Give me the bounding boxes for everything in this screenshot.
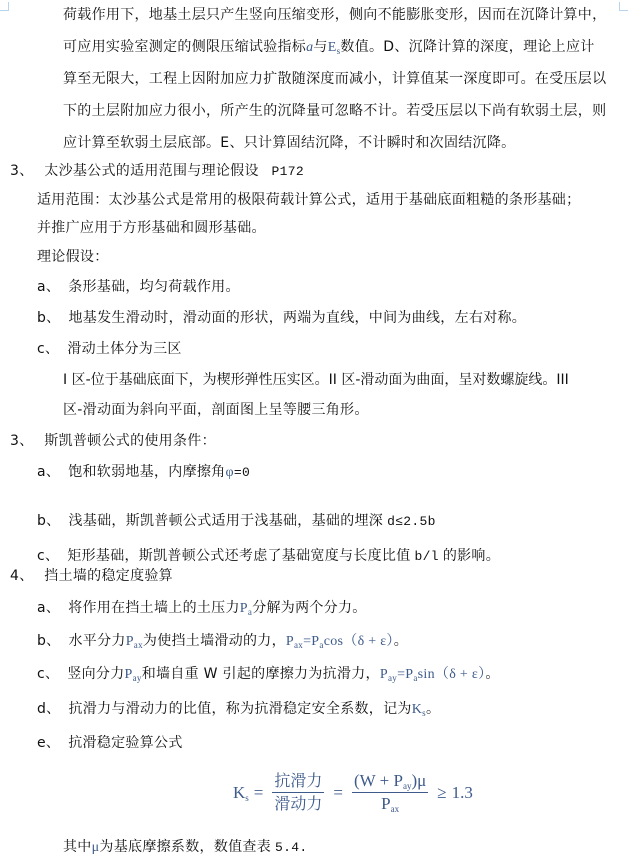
section-number: 3、 <box>10 433 34 449</box>
skempton-item-c: c、矩形基础，斯凯普顿公式还考虑了基础宽度与长度比值b/l的影响。 <box>37 547 500 566</box>
formula-bound: 1.3 <box>452 783 473 803</box>
symbol-Es: Es <box>328 40 341 55</box>
assumption-label: 理论假设： <box>37 248 109 266</box>
section-3a-heading: 3、 太沙基公式的适用范围与理论假设 P172 <box>10 162 304 181</box>
corner-marker-right <box>619 2 628 11</box>
intro-line-5: 应计算至软弱土层底部。E、只计算固结沉降，不计瞬时和次固结沉降。 <box>63 134 515 152</box>
symbol-Pay: Pay <box>125 667 142 682</box>
wall-item-a: a、将作用在挡土墙上的土压力Pa分解为两个分力。 <box>37 599 367 618</box>
assumption-item-c: c、滑动土体分为三区 <box>37 340 182 358</box>
scope-line-1: 适用范围：太沙基公式是常用的极限荷载计算公式，适用于基础底面粗糙的条形基础； <box>37 191 580 209</box>
wall-item-b: b、水平分力Pax为使挡土墙滑动的力，Pax=Pacos（δ + ε）。 <box>37 632 408 651</box>
intro-line-2: 可应用实验室测定的侧限压缩试验指标a与Es数值。D、沉降计算的深度，理论上应计 <box>63 38 595 57</box>
symbol-Pax: Pax <box>126 634 143 649</box>
assumption-item-a: a、条形基础，均匀荷载作用。 <box>37 278 240 296</box>
stability-formula: Ks = 抗滑力 滑动力 = (W + Pay)μ Pax ≥ 1.3 <box>233 770 473 815</box>
section-4-heading: 4、 挡土墙的稳定度验算 <box>10 567 173 585</box>
relation-sign: ≥ <box>437 783 446 803</box>
corner-marker-left <box>0 2 9 11</box>
wall-item-d: d、抗滑力与滑动力的比值，称为抗滑稳定安全系数，记为Ks。 <box>37 700 440 719</box>
equation-Pay: Pay=Pasin（δ + ε） <box>380 667 486 682</box>
equals-sign: = <box>333 783 343 803</box>
scope-line-2: 并推广应用于方形基础和圆形基础。 <box>37 219 266 237</box>
skempton-item-a: a、饱和软弱地基，内摩擦角φ=0 <box>37 463 250 482</box>
section-title: 太沙基公式的适用范围与理论假设 <box>44 163 259 179</box>
intro-line-3: 算至无限大，工程上因附加应力扩散随深度而减小，计算值某一深度即可。在受压层以 <box>63 70 606 88</box>
assumption-item-b: b、地基发生滑动时，滑动面的形状，两端为直线，中间为曲线，左右对称。 <box>37 309 526 327</box>
zones-line-1: I 区-位于基础底面下，为楔形弹性压实区。II 区-滑动面为曲面，呈对数螺旋线。… <box>63 371 569 389</box>
friction-note: 其中μ为基底摩擦系数，数值查表5.4. <box>63 838 307 857</box>
intro-line-4: 下的土层附加应力很小，所产生的沉降量可忽略不计。若受压层以下尚有软弱土层，则 <box>63 102 606 120</box>
skempton-item-b: b、浅基础，斯凯普顿公式适用于浅基础，基础的埋深d≤2.5b <box>37 512 436 531</box>
page-reference: P172 <box>272 164 304 179</box>
equation-Pax: Pax=Pacos（δ + ε） <box>286 634 394 649</box>
section-3b-heading: 3、 斯凯普顿公式的使用条件： <box>10 432 216 450</box>
intro-line-1: 荷载作用下，地基土层只产生竖向压缩变形，侧向不能膨胀变形，因而在沉降计算中， <box>63 6 606 24</box>
equals-sign: = <box>254 783 264 803</box>
fraction-word: 抗滑力 滑动力 <box>272 770 324 815</box>
wall-item-c: c、竖向分力Pay和墙自重 W 引起的摩擦力为抗滑力，Pay=Pasin（δ +… <box>37 665 500 684</box>
symbol-Ks: Ks <box>412 702 426 717</box>
fraction-symbolic: (W + Pay)μ Pax <box>352 770 428 815</box>
section-title: 斯凯普顿公式的使用条件： <box>44 433 216 449</box>
section-number: 4、 <box>10 568 34 584</box>
zones-line-2: 区-滑动面为斜向平面，剖面图上呈等腰三角形。 <box>63 401 369 419</box>
formula-lhs: Ks <box>233 783 249 803</box>
section-number: 3、 <box>10 163 34 179</box>
section-title: 挡土墙的稳定度验算 <box>44 568 173 584</box>
symbol-Pa: Pa <box>240 601 252 616</box>
symbol-phi: φ <box>226 465 234 480</box>
wall-item-e: e、抗滑稳定验算公式 <box>37 734 183 752</box>
